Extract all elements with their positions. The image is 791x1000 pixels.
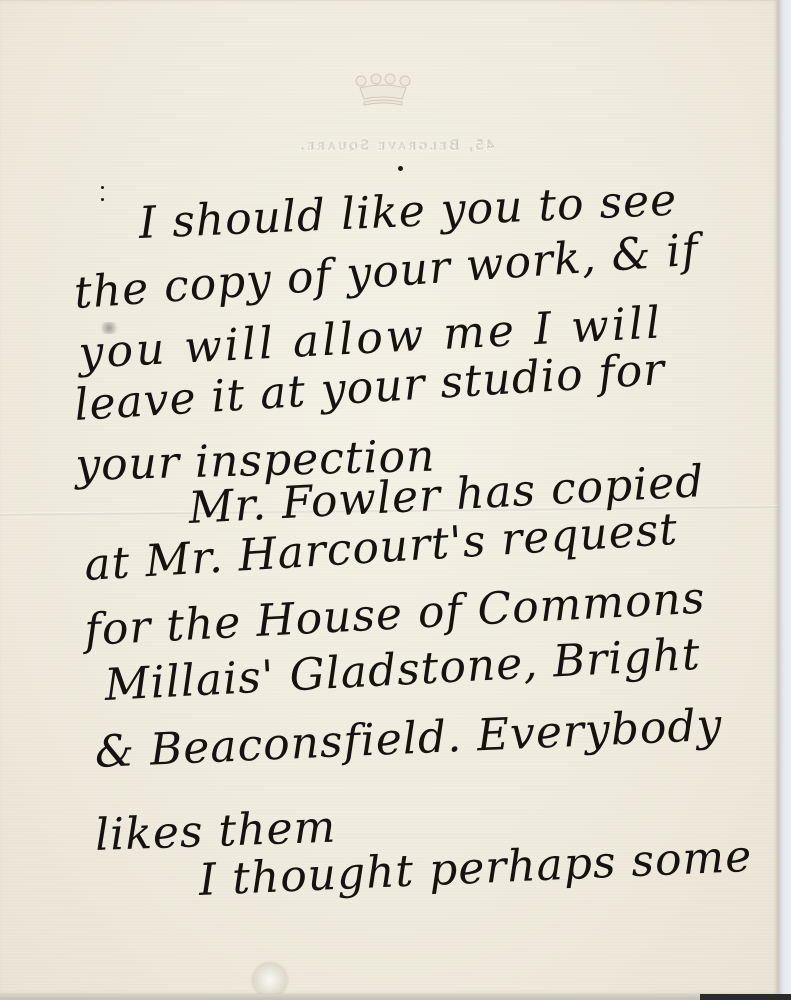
letter-page: 45, Belgrave Square. I should like you t…	[0, 0, 778, 994]
scan-bottom-shadow	[700, 994, 791, 1000]
ink-dot	[398, 166, 403, 171]
scan-background-edge	[778, 0, 791, 1000]
letter-line: & Beaconsfield. Everybody	[94, 700, 724, 778]
scan-bottom-edge	[0, 994, 791, 1000]
ink-dot	[101, 186, 104, 189]
embossed-address: 45, Belgrave Square.	[230, 138, 560, 155]
ink-dot	[101, 198, 104, 201]
coronet-embossed-icon	[352, 72, 414, 108]
